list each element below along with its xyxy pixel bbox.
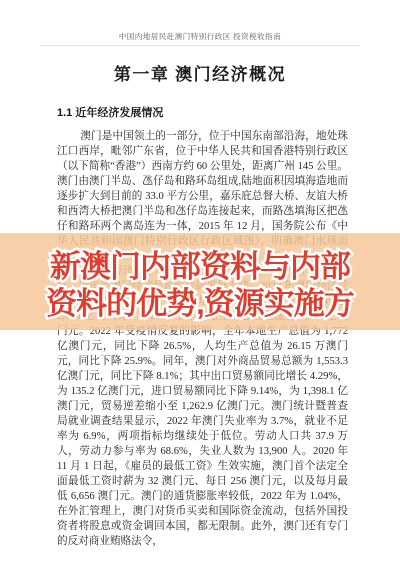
watermark-line-2-fill: 资料的优势,资源实施方 (0, 285, 400, 322)
section-heading: 1.1 近年经济发展情况 (57, 104, 400, 120)
chapter-title: 第一章 澳门经济概况 (0, 60, 400, 85)
document-page: 中国内地居民赴澳门特别行政区 投资税收指南 第一章 澳门经济概况 1.1 近年经… (0, 0, 400, 565)
watermark-line-2: 资料的优势,资源实施方 资料的优势,资源实施方 (0, 285, 400, 322)
watermark-line-1: 新澳门内部资料与内部 新澳门内部资料与内部 (0, 248, 400, 285)
body-text: 澳门是中国领土的一部分，位于中国东南部沿海，地处珠江口西岸，毗邻广东省，位于中华… (57, 129, 348, 549)
watermark-line-1-fill: 新澳门内部资料与内部 (0, 248, 400, 285)
header-divider (40, 45, 360, 46)
watermark-text: 新澳门内部资料与内部 新澳门内部资料与内部 资料的优势,资源实施方 资料的优势,… (0, 233, 400, 322)
watermark-band: 新澳门内部资料与内部 新澳门内部资料与内部 资料的优势,资源实施方 资料的优势,… (0, 233, 400, 330)
page-number: 1 (0, 518, 400, 527)
running-header: 中国内地居民赴澳门特别行政区 投资税收指南 (0, 0, 400, 42)
